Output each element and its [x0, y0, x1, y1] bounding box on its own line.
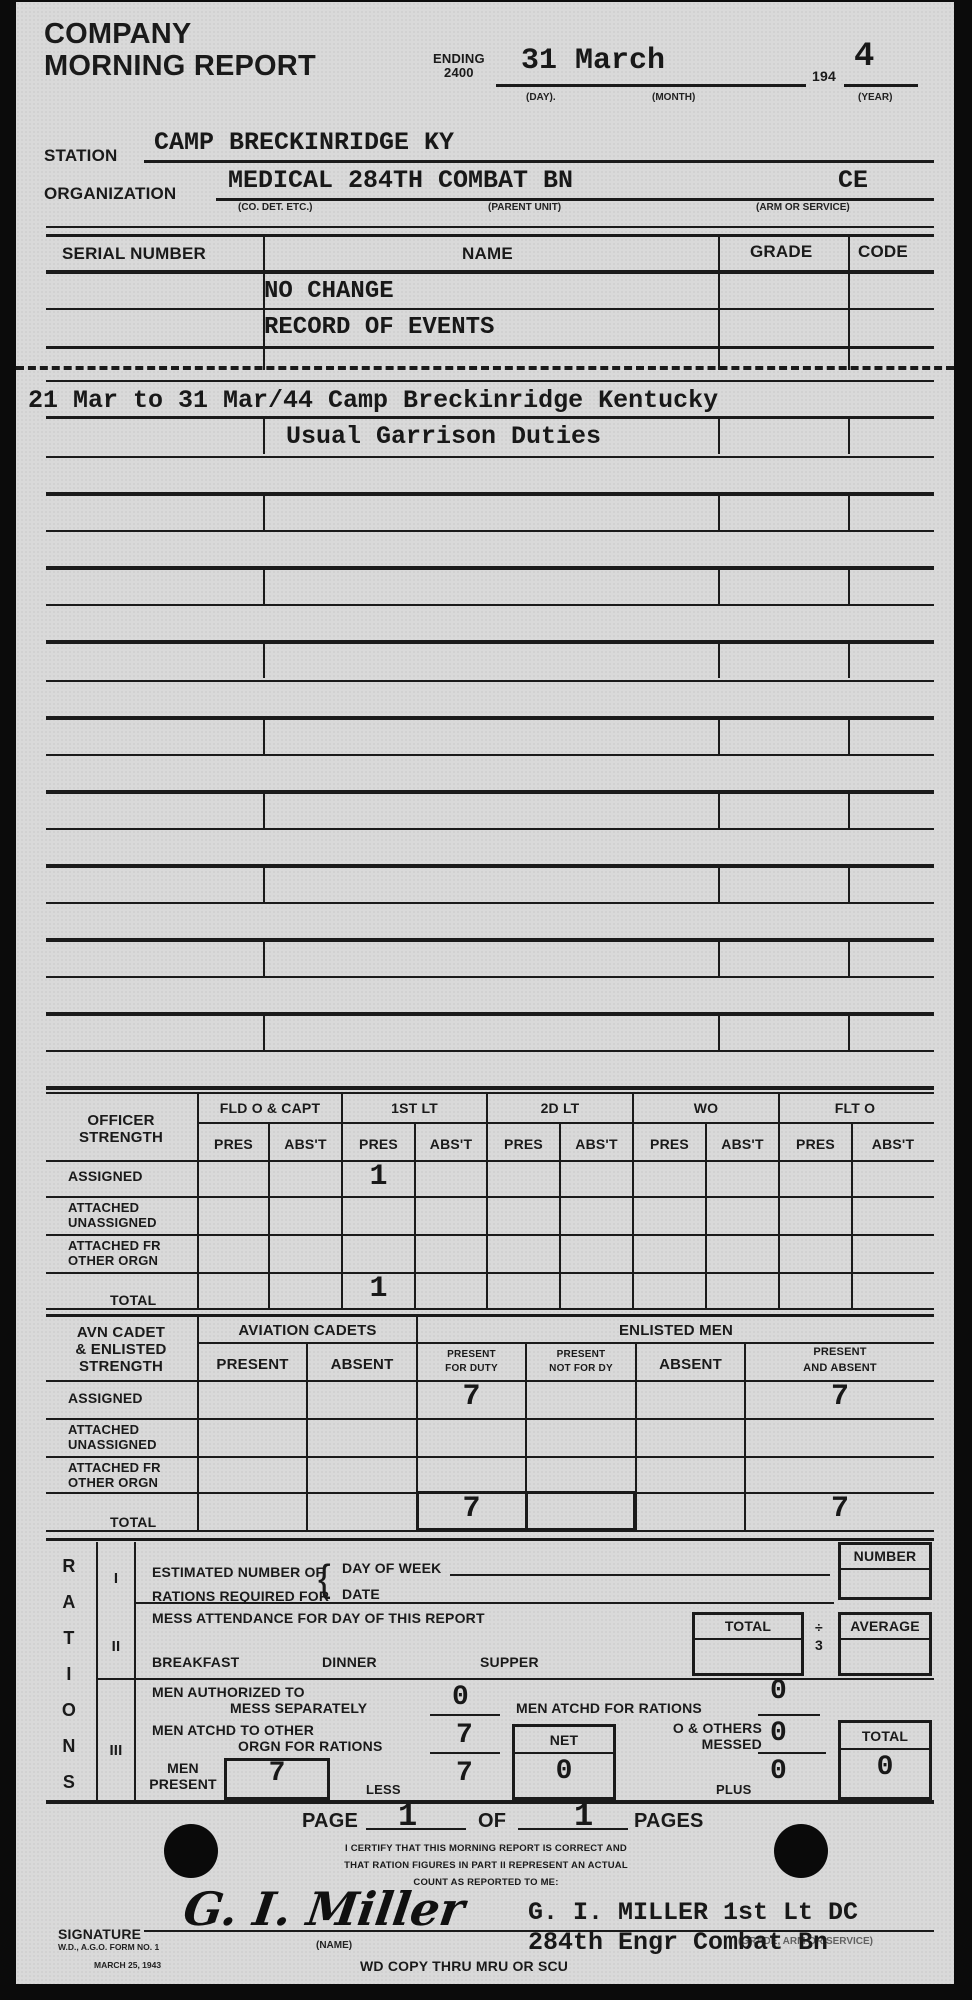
row-label-line2: UNASSIGNED	[68, 1215, 157, 1230]
officer-assigned-1st-lt-pres[interactable]: 1	[343, 1160, 414, 1194]
net-label: NET	[512, 1732, 616, 1748]
mess-attendance-title: MESS ATTENDANCE FOR DAY OF THIS REPORT	[152, 1610, 485, 1626]
sub-pres: PRES	[634, 1136, 705, 1152]
sub-pres: PRES	[343, 1136, 414, 1152]
group-aviation-cadets: AVIATION CADETS	[199, 1322, 416, 1339]
enlisted-strength-title: AVN CADET & ENLISTED STRENGTH	[46, 1324, 196, 1375]
side-letter: R	[54, 1548, 84, 1584]
plus-value[interactable]: 0	[770, 1756, 787, 1787]
title-line1: AVN CADET	[46, 1324, 196, 1341]
rations-side-label: R A T I O N S	[54, 1548, 84, 1800]
arm-service-field[interactable]: CE	[838, 166, 868, 195]
form-title: COMPANY MORNING REPORT	[44, 18, 316, 82]
report-date-field[interactable]: 31 March	[521, 44, 665, 78]
cert-line2: THAT RATION FIGURES IN PART II REPRESENT…	[266, 1857, 706, 1874]
sub-abst: ABS'T	[561, 1136, 632, 1152]
officer-row-total: TOTAL	[110, 1292, 156, 1308]
officer-row-attached-unassigned: ATTACHED UNASSIGNED	[68, 1200, 157, 1230]
group-wo: WO	[634, 1100, 778, 1116]
group-enlisted-men: ENLISTED MEN	[418, 1322, 934, 1339]
day-of-week-label: DAY OF WEEK	[342, 1560, 441, 1576]
part-iii-numeral: III	[98, 1742, 134, 1759]
enlisted-assigned-present-for-duty[interactable]: 7	[418, 1380, 525, 1414]
row-label-line2: UNASSIGNED	[68, 1437, 157, 1452]
divide-icon: ÷	[808, 1618, 830, 1636]
handwritten-signature[interactable]: G. I. Miller	[180, 1882, 468, 1936]
men-atchd-other-label-1: MEN ATCHD TO OTHER	[152, 1722, 314, 1738]
group-2d-lt: 2D LT	[488, 1100, 632, 1116]
part-i-line1: ESTIMATED NUMBER OF	[152, 1560, 329, 1584]
supper-label[interactable]: SUPPER	[480, 1654, 539, 1670]
sub-abst: ABS'T	[416, 1136, 486, 1152]
rations-total-label: TOTAL	[838, 1728, 932, 1744]
men-present-line1: MEN	[146, 1760, 220, 1776]
morning-report-form: COMPANY MORNING REPORT ENDING 2400 31 Ma…	[16, 2, 954, 1984]
row-label-line2: OTHER ORGN	[68, 1475, 161, 1490]
station-field[interactable]: CAMP BRECKINRIDGE KY	[154, 128, 454, 157]
sub-abst: ABS'T	[853, 1136, 933, 1152]
dinner-label[interactable]: DINNER	[322, 1654, 377, 1670]
messed-line1: O & OTHERS	[652, 1720, 762, 1736]
form-number: W.D., A.G.O. FORM NO. 1	[58, 1942, 159, 1952]
enlisted-row-attached-fr-other: ATTACHED FR OTHER ORGN	[68, 1460, 161, 1490]
men-atchd-other-label-2: ORGN FOR RATIONS	[238, 1738, 383, 1754]
co-caption: (CO. DET. ETC.)	[238, 202, 312, 213]
sub-abst: ABS'T	[707, 1136, 778, 1152]
col-serial-number: SERIAL NUMBER	[62, 244, 206, 264]
year-caption: (YEAR)	[858, 92, 892, 103]
breakfast-label[interactable]: BREAKFAST	[152, 1654, 239, 1670]
name-caption: (NAME)	[316, 1940, 352, 1951]
punch-hole-left	[164, 1824, 218, 1878]
year-prefix: 194	[812, 68, 836, 84]
enlisted-row-attached-unassigned: ATTACHED UNASSIGNED	[68, 1422, 157, 1452]
col-line2: NOT FOR DY	[527, 1362, 635, 1376]
col-line2: FOR DUTY	[418, 1362, 525, 1376]
side-letter: I	[54, 1656, 84, 1692]
sub-pres: PRES	[199, 1136, 268, 1152]
sub-abst: ABS'T	[270, 1136, 341, 1152]
part-ii-numeral: II	[98, 1638, 134, 1655]
rations-total-value[interactable]: 0	[838, 1752, 932, 1783]
men-atchd-rations-value[interactable]: 0	[770, 1676, 787, 1707]
col-line1: PRESENT	[746, 1344, 934, 1360]
col-cadets-absent: ABSENT	[308, 1356, 416, 1373]
enlisted-row-assigned: ASSIGNED	[68, 1390, 143, 1406]
day-caption: (DAY).	[526, 92, 556, 103]
form-title-line1: COMPANY	[44, 18, 316, 50]
of-label: OF	[478, 1810, 506, 1833]
side-letter: N	[54, 1728, 84, 1764]
officer-title-line1: OFFICER	[46, 1112, 196, 1129]
col-grade: GRADE	[750, 242, 812, 262]
officer-total-1st-lt-pres[interactable]: 1	[343, 1272, 414, 1306]
date-label: DATE	[342, 1586, 380, 1602]
part-i-numeral: I	[98, 1570, 134, 1587]
divide-by-three: ÷ 3	[808, 1618, 830, 1654]
o-others-messed-value[interactable]: 0	[770, 1718, 787, 1749]
ending-text: ENDING	[433, 52, 485, 66]
officer-row-assigned: ASSIGNED	[68, 1168, 143, 1184]
group-flt-o: FLT O	[780, 1100, 930, 1116]
parent-unit-caption: (PARENT UNIT)	[488, 202, 561, 213]
roster-entry-record-of-events: RECORD OF EVENTS	[264, 314, 494, 341]
side-letter: S	[54, 1764, 84, 1800]
form-date: MARCH 25, 1943	[94, 1960, 161, 1970]
ending-time: 2400	[433, 66, 485, 80]
signature-label: SIGNATURE	[58, 1926, 141, 1942]
col-present-and-absent: PRESENT AND ABSENT	[746, 1344, 934, 1376]
col-present-for-duty: PRESENT FOR DUTY	[418, 1348, 525, 1376]
cert-line1: I CERTIFY THAT THIS MORNING REPORT IS CO…	[266, 1840, 706, 1857]
less-label: LESS	[366, 1782, 401, 1797]
men-atchd-other-value[interactable]: 7	[456, 1720, 473, 1751]
col-name: NAME	[462, 244, 513, 264]
col-cadets-present: PRESENT	[199, 1356, 306, 1373]
year-field[interactable]: 4	[854, 38, 874, 76]
divisor: 3	[808, 1636, 830, 1654]
plus-label: PLUS	[716, 1782, 751, 1797]
enlisted-total-present-for-duty[interactable]: 7	[418, 1492, 525, 1526]
sub-pres: PRES	[780, 1136, 851, 1152]
signer-unit: 284th Engr Combat Bn	[528, 1928, 828, 1957]
row-label-line1: ATTACHED	[68, 1422, 157, 1437]
side-letter: O	[54, 1692, 84, 1728]
group-fld-o-capt: FLD O & CAPT	[199, 1100, 341, 1116]
title-line3: STRENGTH	[46, 1358, 196, 1375]
col-enlisted-absent: ABSENT	[637, 1356, 744, 1373]
ending-label: ENDING 2400	[433, 52, 485, 80]
arm-caption: (ARM OR SERVICE)	[756, 202, 850, 213]
side-letter: A	[54, 1584, 84, 1620]
men-atchd-rations-label: MEN ATCHD FOR RATIONS	[516, 1700, 702, 1716]
messed-line2: MESSED	[652, 1736, 762, 1752]
officer-strength-title: OFFICER STRENGTH	[46, 1112, 196, 1146]
col-line1: PRESENT	[527, 1348, 635, 1362]
organization-label: ORGANIZATION	[44, 184, 176, 204]
enlisted-assigned-present-and-absent[interactable]: 7	[746, 1380, 934, 1414]
punch-hole-right	[774, 1824, 828, 1878]
side-letter: T	[54, 1620, 84, 1656]
record-event-line: 21 Mar to 31 Mar/44 Camp Breckinridge Ke…	[28, 386, 718, 415]
men-authorized-label-1: MEN AUTHORIZED TO	[152, 1684, 305, 1700]
brace-icon: {	[318, 1556, 331, 1602]
row-label-line1: ATTACHED FR	[68, 1460, 161, 1475]
pages-label: PAGES	[634, 1810, 704, 1833]
month-caption: (MONTH)	[652, 92, 695, 103]
less-value[interactable]: 7	[456, 1758, 473, 1789]
average-label: AVERAGE	[838, 1618, 932, 1634]
mess-total-label: TOTAL	[692, 1618, 804, 1634]
signer-name-grade: G. I. MILLER 1st Lt DC	[528, 1898, 858, 1927]
col-present-not-for-duty: PRESENT NOT FOR DY	[527, 1348, 635, 1376]
organization-field[interactable]: MEDICAL 284TH COMBAT BN	[228, 166, 573, 195]
men-present-label: MEN PRESENT	[146, 1760, 220, 1792]
men-authorized-label-2: MESS SEPARATELY	[230, 1700, 367, 1716]
col-line2: AND ABSENT	[746, 1360, 934, 1376]
form-title-line2: MORNING REPORT	[44, 50, 316, 82]
row-label-line1: ATTACHED FR	[68, 1238, 161, 1253]
part-i-line2: RATIONS REQUIRED FOR	[152, 1584, 329, 1608]
roster-entry-no-change: NO CHANGE	[264, 278, 394, 305]
record-event-detail: Usual Garrison Duties	[286, 422, 601, 451]
col-line1: PRESENT	[418, 1348, 525, 1362]
group-1st-lt: 1ST LT	[343, 1100, 486, 1116]
officer-row-attached-fr-other: ATTACHED FR OTHER ORGN	[68, 1238, 161, 1268]
col-code: CODE	[858, 242, 908, 262]
enlisted-total-present-and-absent[interactable]: 7	[746, 1492, 934, 1526]
enlisted-row-total: TOTAL	[110, 1514, 156, 1530]
men-present-line2: PRESENT	[146, 1776, 220, 1792]
officer-title-line2: STRENGTH	[46, 1129, 196, 1146]
part-i-text: ESTIMATED NUMBER OF RATIONS REQUIRED FOR	[152, 1560, 329, 1608]
men-authorized-value[interactable]: 0	[452, 1682, 469, 1713]
title-line2: & ENLISTED	[46, 1341, 196, 1358]
men-present-value[interactable]: 7	[224, 1758, 330, 1789]
o-others-messed-label: O & OTHERS MESSED	[652, 1720, 762, 1752]
row-label-line1: ATTACHED	[68, 1200, 157, 1215]
sub-pres: PRES	[488, 1136, 559, 1152]
day-of-week-field[interactable]	[450, 1574, 830, 1576]
row-label-line2: OTHER ORGN	[68, 1253, 161, 1268]
net-value[interactable]: 0	[512, 1756, 616, 1787]
copy-routing-note: WD COPY THRU MRU OR SCU	[360, 1958, 568, 1974]
number-label: NUMBER	[838, 1548, 932, 1564]
page-label: PAGE	[302, 1810, 358, 1833]
station-label: STATION	[44, 146, 117, 166]
